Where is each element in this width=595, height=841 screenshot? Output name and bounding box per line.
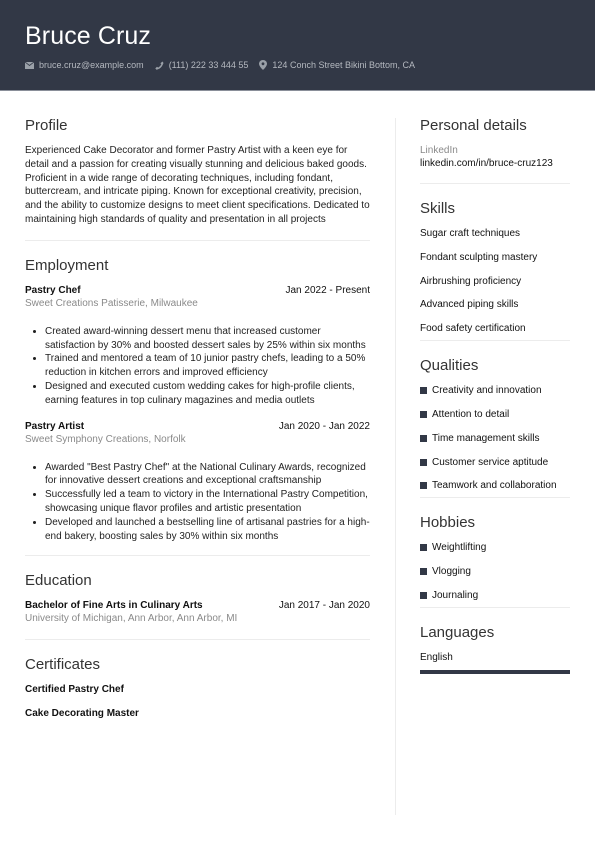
- qualities-section: Qualities Creativity and innovation Atte…: [420, 357, 570, 498]
- bullet-item: Created award-winning dessert menu that …: [45, 325, 370, 353]
- job-date: Jan 2020 - Jan 2022: [279, 420, 370, 433]
- education-section: Education Bachelor of Fine Arts in Culin…: [25, 572, 370, 640]
- job-title: Pastry Artist: [25, 420, 84, 433]
- skills-section: Skills Sugar craft techniques Fondant sc…: [420, 200, 570, 341]
- job-bullets: Created award-winning dessert menu that …: [25, 325, 370, 408]
- phone-icon: [155, 61, 164, 70]
- candidate-name: Bruce Cruz: [25, 22, 151, 51]
- section-divider: [420, 607, 570, 608]
- square-bullet-icon: [420, 592, 427, 599]
- section-divider: [420, 497, 570, 498]
- contact-row: bruce.cruz@example.com (111) 222 33 444 …: [25, 60, 426, 70]
- quality-item: Teamwork and collaboration: [420, 479, 570, 497]
- skill-item: Fondant sculpting mastery: [420, 251, 570, 275]
- section-title: Education: [25, 572, 370, 589]
- job-date: Jan 2022 - Present: [286, 284, 371, 297]
- bullet-item: Developed and launched a bestselling lin…: [45, 516, 370, 544]
- job-company: Sweet Symphony Creations, Norfolk: [25, 433, 370, 447]
- personal-details-section: Personal details LinkedIn linkedin.com/i…: [420, 117, 570, 184]
- quality-item: Attention to detail: [420, 408, 570, 432]
- employment-section: Employment Pastry Chef Jan 2022 - Presen…: [25, 257, 370, 557]
- square-bullet-icon: [420, 387, 427, 394]
- square-bullet-icon: [420, 568, 427, 575]
- languages-section: Languages English: [420, 624, 570, 674]
- envelope-icon: [25, 62, 34, 69]
- section-divider: [420, 183, 570, 184]
- square-bullet-icon: [420, 482, 427, 489]
- quality-item: Time management skills: [420, 432, 570, 456]
- section-title: Languages: [420, 624, 570, 641]
- contact-address-text: 124 Conch Street Bikini Bottom, CA: [272, 60, 415, 70]
- section-title: Personal details: [420, 117, 570, 134]
- contact-email[interactable]: bruce.cruz@example.com: [25, 60, 144, 70]
- skill-item: Sugar craft techniques: [420, 227, 570, 251]
- sidebar-column: Personal details LinkedIn linkedin.com/i…: [420, 117, 570, 674]
- linkedin-label: LinkedIn: [420, 144, 570, 157]
- language-level-fill: [420, 670, 570, 674]
- contact-email-text: bruce.cruz@example.com: [39, 60, 144, 70]
- hobby-item: Journaling: [420, 589, 570, 607]
- profile-section: Profile Experienced Cake Decorator and f…: [25, 117, 370, 241]
- section-divider: [25, 555, 370, 556]
- job-entry: Pastry Chef Jan 2022 - Present Sweet Cre…: [25, 284, 370, 408]
- bullet-item: Designed and executed custom wedding cak…: [45, 380, 370, 408]
- quality-item: Customer service aptitude: [420, 456, 570, 480]
- certificate-item: Certified Pastry Chef: [25, 683, 370, 696]
- contact-phone-text: (111) 222 33 444 55: [169, 60, 249, 70]
- degree-title: Bachelor of Fine Arts in Culinary Arts: [25, 599, 203, 612]
- square-bullet-icon: [420, 435, 427, 442]
- skill-item: Airbrushing proficiency: [420, 275, 570, 299]
- section-title: Qualities: [420, 357, 570, 374]
- profile-summary: Experienced Cake Decorator and former Pa…: [25, 144, 370, 227]
- school-name: University of Michigan, Ann Arbor, Ann A…: [25, 612, 370, 626]
- square-bullet-icon: [420, 459, 427, 466]
- resume-header: Bruce Cruz bruce.cruz@example.com (111) …: [0, 0, 595, 91]
- section-title: Certificates: [25, 656, 370, 673]
- section-title: Employment: [25, 257, 370, 274]
- quality-item: Creativity and innovation: [420, 384, 570, 408]
- certificates-section: Certificates Certified Pastry Chef Cake …: [25, 656, 370, 720]
- bullet-item: Awarded "Best Pastry Chef" at the Nation…: [45, 461, 370, 489]
- language-name: English: [420, 651, 570, 664]
- certificate-item: Cake Decorating Master: [25, 707, 370, 720]
- bullet-item: Trained and mentored a team of 10 junior…: [45, 352, 370, 380]
- section-title: Hobbies: [420, 514, 570, 531]
- contact-phone[interactable]: (111) 222 33 444 55: [155, 60, 249, 70]
- main-column: Profile Experienced Cake Decorator and f…: [25, 117, 370, 720]
- education-entry: Bachelor of Fine Arts in Culinary Arts J…: [25, 599, 370, 626]
- job-entry: Pastry Artist Jan 2020 - Jan 2022 Sweet …: [25, 420, 370, 544]
- square-bullet-icon: [420, 411, 427, 418]
- hobby-item: Weightlifting: [420, 541, 570, 565]
- bullet-item: Successfully led a team to victory in th…: [45, 488, 370, 516]
- section-divider: [25, 240, 370, 241]
- column-divider: [395, 118, 396, 815]
- job-title: Pastry Chef: [25, 284, 81, 297]
- section-divider: [420, 340, 570, 341]
- hobbies-section: Hobbies Weightlifting Vlogging Journalin…: [420, 514, 570, 608]
- location-pin-icon: [259, 60, 267, 70]
- skill-item: Advanced piping skills: [420, 298, 570, 322]
- language-level-bar: [420, 670, 570, 674]
- job-company: Sweet Creations Patisserie, Milwaukee: [25, 297, 370, 311]
- square-bullet-icon: [420, 544, 427, 551]
- skill-item: Food safety certification: [420, 322, 570, 340]
- linkedin-link[interactable]: linkedin.com/in/bruce-cruz123: [420, 157, 570, 171]
- section-divider: [25, 639, 370, 640]
- section-title: Skills: [420, 200, 570, 217]
- education-date: Jan 2017 - Jan 2020: [279, 599, 370, 612]
- hobby-item: Vlogging: [420, 565, 570, 589]
- job-bullets: Awarded "Best Pastry Chef" at the Nation…: [25, 461, 370, 544]
- section-title: Profile: [25, 117, 370, 134]
- contact-address: 124 Conch Street Bikini Bottom, CA: [259, 60, 415, 70]
